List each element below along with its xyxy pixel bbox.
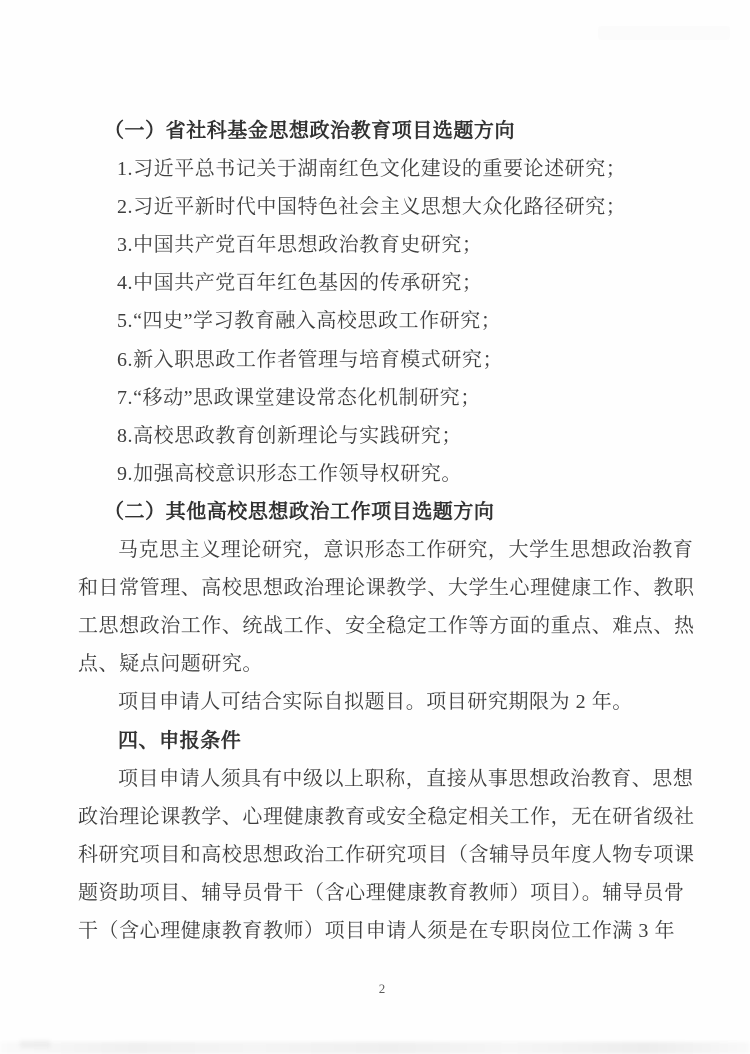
doc-line: 项目申请人可结合实际自拟题目。项目研究期限为 2 年。 <box>78 683 702 721</box>
doc-line: 1.习近平总书记关于湖南红色文化建设的重要论述研究； <box>78 150 702 188</box>
doc-line: 项目申请人须具有中级以上职称，直接从事思想政治教育、思想 <box>78 760 702 798</box>
doc-line: 政治理论课教学、心理健康教育或安全稳定相关工作，无在研省级社 <box>78 798 702 836</box>
doc-line: 干（含心理健康教育教师）项目申请人须是在专职岗位工作满 3 年 <box>78 912 702 950</box>
scan-artifact-bottom-left <box>20 1040 50 1048</box>
scan-artifact-bottom <box>0 1042 750 1054</box>
doc-line: 马克思主义理论研究，意识形态工作研究，大学生思想政治教育 <box>78 531 702 569</box>
page-number: 2 <box>0 981 750 997</box>
doc-line: 四、申报条件 <box>78 722 702 760</box>
doc-line: 9.加强高校意识形态工作领导权研究。 <box>78 455 702 493</box>
doc-line: （二）其他高校思想政治工作项目选题方向 <box>78 493 702 531</box>
doc-line: 6.新入职思政工作者管理与培育模式研究； <box>78 341 702 379</box>
doc-line: 2.习近平新时代中国特色社会主义思想大众化路径研究； <box>78 188 702 226</box>
scan-artifact-top <box>598 26 730 40</box>
doc-line: 7.“移动”思政课堂建设常态化机制研究； <box>78 379 702 417</box>
doc-line: 和日常管理、高校思想政治理论课教学、大学生心理健康工作、教职 <box>78 569 702 607</box>
doc-line: 工思想政治工作、统战工作、安全稳定工作等方面的重点、难点、热 <box>78 607 702 645</box>
doc-line: 4.中国共产党百年红色基因的传承研究； <box>78 264 702 302</box>
doc-line: 题资助项目、辅导员骨干（含心理健康教育教师）项目）。辅导员骨 <box>78 874 702 912</box>
scanned-document-page: （一）省社科基金思想政治教育项目选题方向1.习近平总书记关于湖南红色文化建设的重… <box>0 0 750 1054</box>
doc-line: 3.中国共产党百年思想政治教育史研究； <box>78 226 702 264</box>
doc-line: （一）省社科基金思想政治教育项目选题方向 <box>78 112 702 150</box>
doc-line: 5.“四史”学习教育融入高校思政工作研究； <box>78 302 702 340</box>
doc-line: 8.高校思政教育创新理论与实践研究； <box>78 417 702 455</box>
doc-line: 科研究项目和高校思想政治工作研究项目（含辅导员年度人物专项课 <box>78 836 702 874</box>
doc-line: 点、疑点问题研究。 <box>78 645 702 683</box>
document-body: （一）省社科基金思想政治教育项目选题方向1.习近平总书记关于湖南红色文化建设的重… <box>78 112 702 950</box>
